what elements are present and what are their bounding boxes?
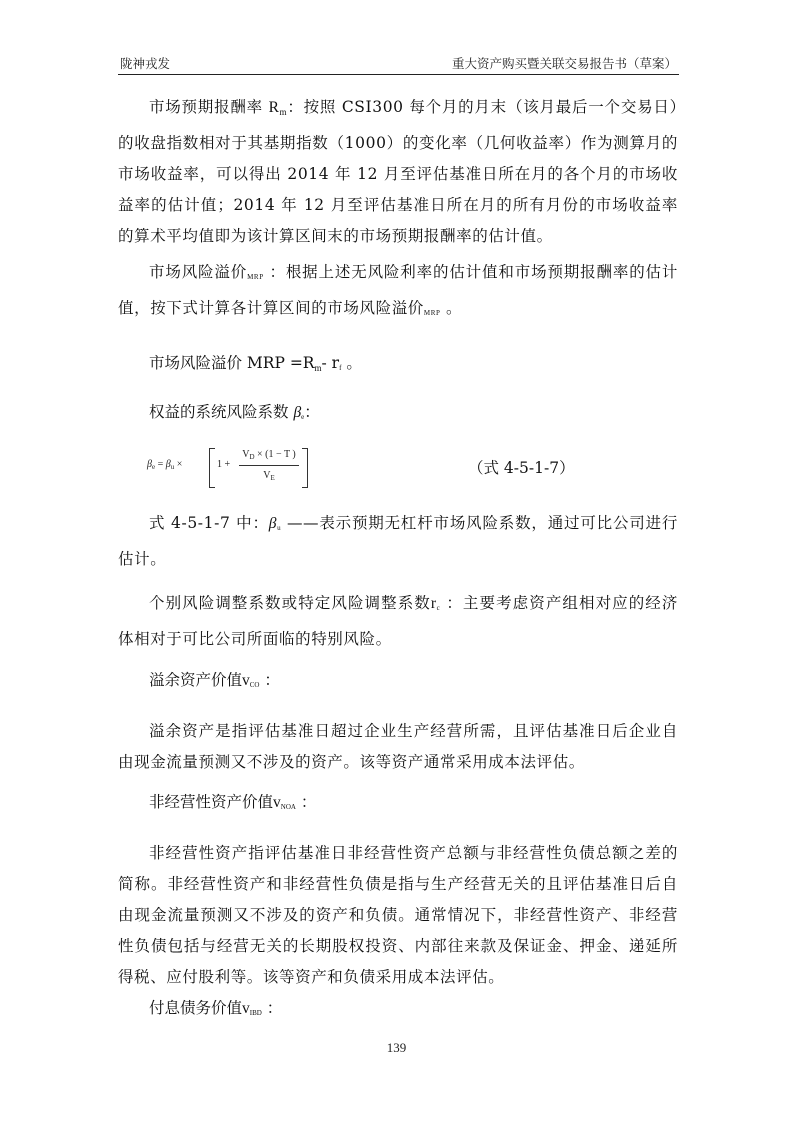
paragraph-non-operating-asset: 非经营性资产指评估基准日非经营性资产总额与非经营性负债总额之差的简称。非经营性资… xyxy=(118,838,678,993)
equation-label: （式 4-5-1-7） xyxy=(468,456,575,478)
paragraph-beta-explanation: 式 4-5-1-7 中：βu ——表示预期无杠杆市场风险系数，通过可比公司进行估… xyxy=(118,508,678,575)
paragraph-specific-risk: 个别风险调整系数或特定风险调整系数rc ：主要考虑资产组相对应的经济体相对于可比… xyxy=(118,588,678,655)
right-bracket xyxy=(302,448,308,488)
non-operating-asset-heading: 非经营性资产价值vNOA ： xyxy=(118,787,709,823)
page-number: 139 xyxy=(0,1040,793,1056)
beta-levering-formula: βe = βu × 1 + VD × (1 − T ) VE xyxy=(147,444,327,494)
header-document-title: 重大资产购买暨关联交易报告书（草案） xyxy=(452,54,677,72)
mrp-formula-line: 市场风险溢价 MRP =Rm- rf 。 xyxy=(118,348,709,384)
fraction: VD × (1 − T ) VE xyxy=(239,447,299,484)
header-company: 陇神戎发 xyxy=(120,54,170,72)
page-header: 陇神戎发 重大资产购买暨关联交易报告书（草案） xyxy=(118,50,679,75)
beta-equity-heading: 权益的系统风险系数 βe： xyxy=(118,397,709,433)
paragraph-surplus-asset: 溢余资产是指评估基准日超过企业生产经营所需，且评估基准日后企业自由现金流量预测又… xyxy=(118,716,678,778)
left-bracket xyxy=(209,448,215,488)
interest-bearing-debt-heading: 付息债务价值vIBD ： xyxy=(118,993,709,1029)
paragraph-market-expected-return: 市场预期报酬率 Rm：按照 CSI300 每个月的月末（该月最后一个交易日）的收… xyxy=(118,92,678,252)
surplus-asset-heading: 溢余资产价值vCO ： xyxy=(118,665,709,701)
symbol-rm: Rm xyxy=(269,99,288,116)
paragraph-market-risk-premium: 市场风险溢价MRP ：根据上述无风险利率的估计值和市场预期报酬率的估计值，按下式… xyxy=(118,257,678,329)
